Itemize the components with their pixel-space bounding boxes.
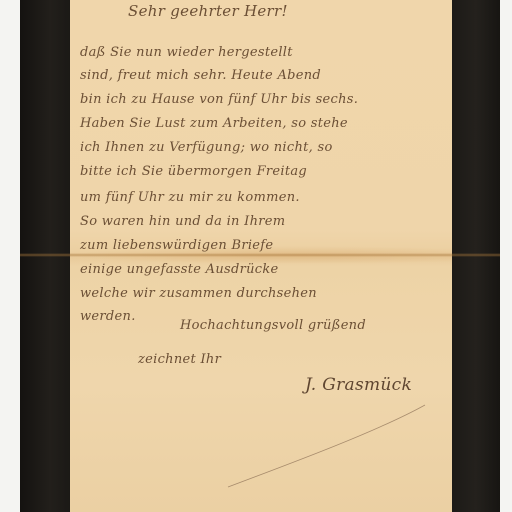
signature-flourish <box>0 0 512 512</box>
